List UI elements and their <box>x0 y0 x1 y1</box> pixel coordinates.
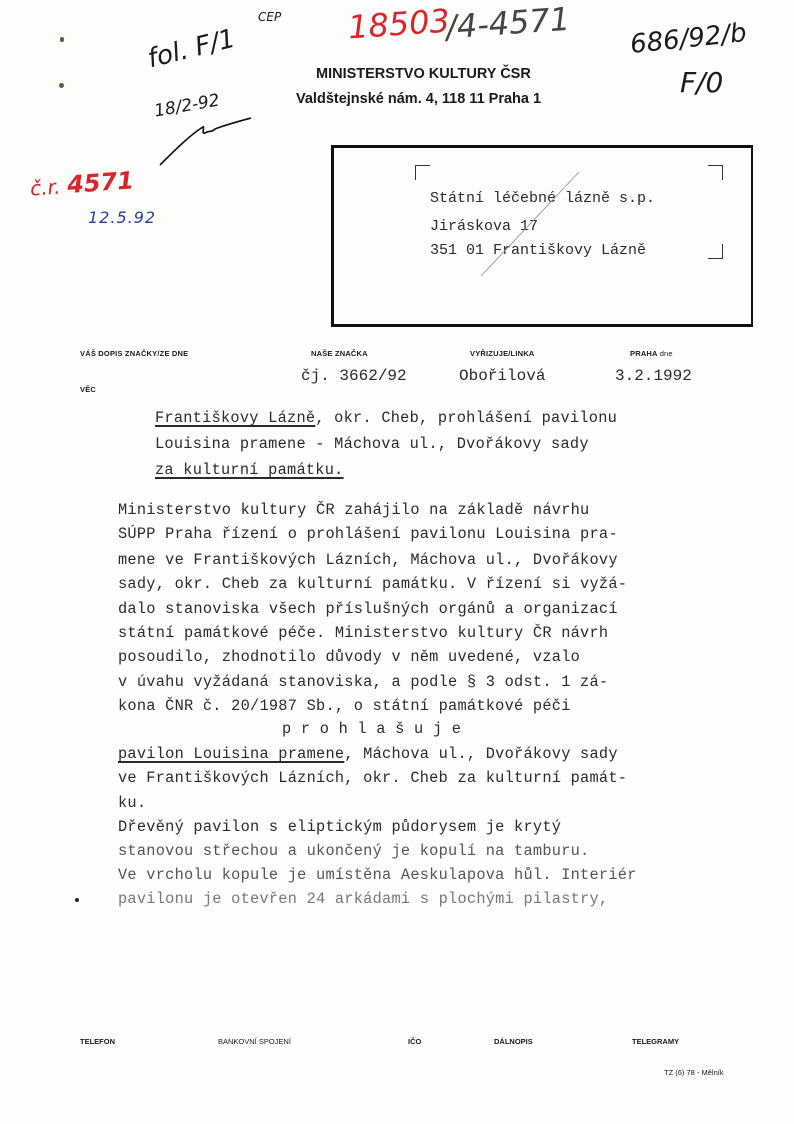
body-line: dalo stanoviska všech příslušných orgánů… <box>118 600 618 618</box>
body-line: v úvahu vyžádaná stanoviska, a podle § 3… <box>118 673 608 691</box>
place-label: PRAHA dne <box>630 349 673 358</box>
body-line: SÚPP Praha řízení o prohlášení pavilonu … <box>118 525 618 543</box>
signature-icon <box>155 115 255 170</box>
declaration-line-3: ku. <box>118 794 146 812</box>
cislo-value: 4571 <box>66 166 135 199</box>
handwritten-blue-date: 12.5.92 <box>88 208 156 227</box>
address-corner-mark <box>415 165 430 180</box>
handwritten-file-ref: 686/92/b <box>629 18 748 60</box>
footer-phone-label: TELEFON <box>80 1037 115 1046</box>
body-line: posoudilo, zhodnotilo důvody v něm uvede… <box>118 648 580 666</box>
declared-object: pavilon Louisina pramene <box>118 745 344 763</box>
handwritten-cislo: č.r. 4571 <box>29 166 135 201</box>
declaration-line-1: pavilon Louisina pramene, Máchova ul., D… <box>118 745 618 763</box>
punch-hole-mark <box>75 898 79 902</box>
subject-place: Františkovy Lázně <box>155 409 315 427</box>
body-line: stanovou střechou a ukončený je kopulí n… <box>118 842 589 860</box>
footer-telex-label: DÁLNOPIS <box>494 1037 533 1046</box>
handwritten-registration-number: 18503 <box>347 1 451 46</box>
body-line: mene ve Františkových Lázních, Máchova u… <box>118 551 618 569</box>
handwritten-cep: CEP <box>258 10 281 24</box>
handwritten-folio-ref: fol. F/1 <box>145 24 239 75</box>
cislo-label: č.r. <box>29 175 61 201</box>
subject-label: VĚC <box>80 385 96 394</box>
declaration-rest: , Máchova ul., Dvořákovy sady <box>344 745 617 763</box>
recipient-address-box: Státní léčebné lázně s.p. Jiráskova 17 3… <box>331 145 753 327</box>
ministry-address: Valdštejnské nám. 4, 118 11 Praha 1 <box>296 91 541 107</box>
footer-ico-label: IČO <box>408 1037 421 1046</box>
pencil-stroke-mark <box>479 170 589 280</box>
body-line: sady, okr. Cheb za kulturní památku. V ř… <box>118 575 627 593</box>
address-corner-mark <box>708 244 723 259</box>
body-line: Dřevěný pavilon s eliptickým půdorysem j… <box>118 818 561 836</box>
address-corner-mark <box>708 165 723 180</box>
subject-line-1: Františkovy Lázně, okr. Cheb, prohlášení… <box>155 409 617 427</box>
place-name: PRAHA <box>630 349 657 358</box>
date-value: 3.2.1992 <box>615 367 692 385</box>
subject-line-3: za kulturní památku. <box>155 461 344 479</box>
footer-bank-label: BANKOVNÍ SPOJENÍ <box>218 1037 291 1046</box>
footer-telegram-label: TELEGRAMY <box>632 1037 679 1046</box>
subject-line-2: Louisina pramene - Máchova ul., Dvořákov… <box>155 435 589 453</box>
body-line: pavilonu je otevřen 24 arkádami s plochý… <box>118 890 608 908</box>
your-letter-label: VÁŠ DOPIS ZNAČKY/ZE DNE <box>80 349 188 358</box>
place-suffix: dne <box>660 349 673 358</box>
handwritten-file-sub: F/0 <box>680 66 723 99</box>
our-ref-label: NAŠE ZNAČKA <box>311 349 368 358</box>
body-line: státní památkové péče. Ministerstvo kult… <box>118 624 608 642</box>
handled-by-value: Obořilová <box>459 367 545 385</box>
declaration-verb: p r o h l a š u j e <box>282 720 461 738</box>
handwritten-registration-suffix: /4-4571 <box>445 0 571 46</box>
footer-print-code: TZ (6) 78 - Mělník <box>664 1068 724 1077</box>
handled-by-label: VYŘIZUJE/LINKA <box>470 349 534 358</box>
ministry-name: MINISTERSTVO KULTURY ČSR <box>316 66 531 82</box>
declaration-line-2: ve Františkových Lázních, okr. Cheb za k… <box>118 769 627 787</box>
body-line: Ministerstvo kultury ČR zahájilo na zákl… <box>118 501 589 519</box>
body-line: kona ČNR č. 20/1987 Sb., o státní památk… <box>118 697 571 715</box>
our-ref-value: čj. 3662/92 <box>301 367 407 385</box>
punch-hole-mark <box>60 37 64 42</box>
body-line: Ve vrcholu kopule je umístěna Aeskulapov… <box>118 866 637 884</box>
subject-rest: , okr. Cheb, prohlášení pavilonu <box>315 409 617 427</box>
punch-hole-mark <box>59 83 64 88</box>
